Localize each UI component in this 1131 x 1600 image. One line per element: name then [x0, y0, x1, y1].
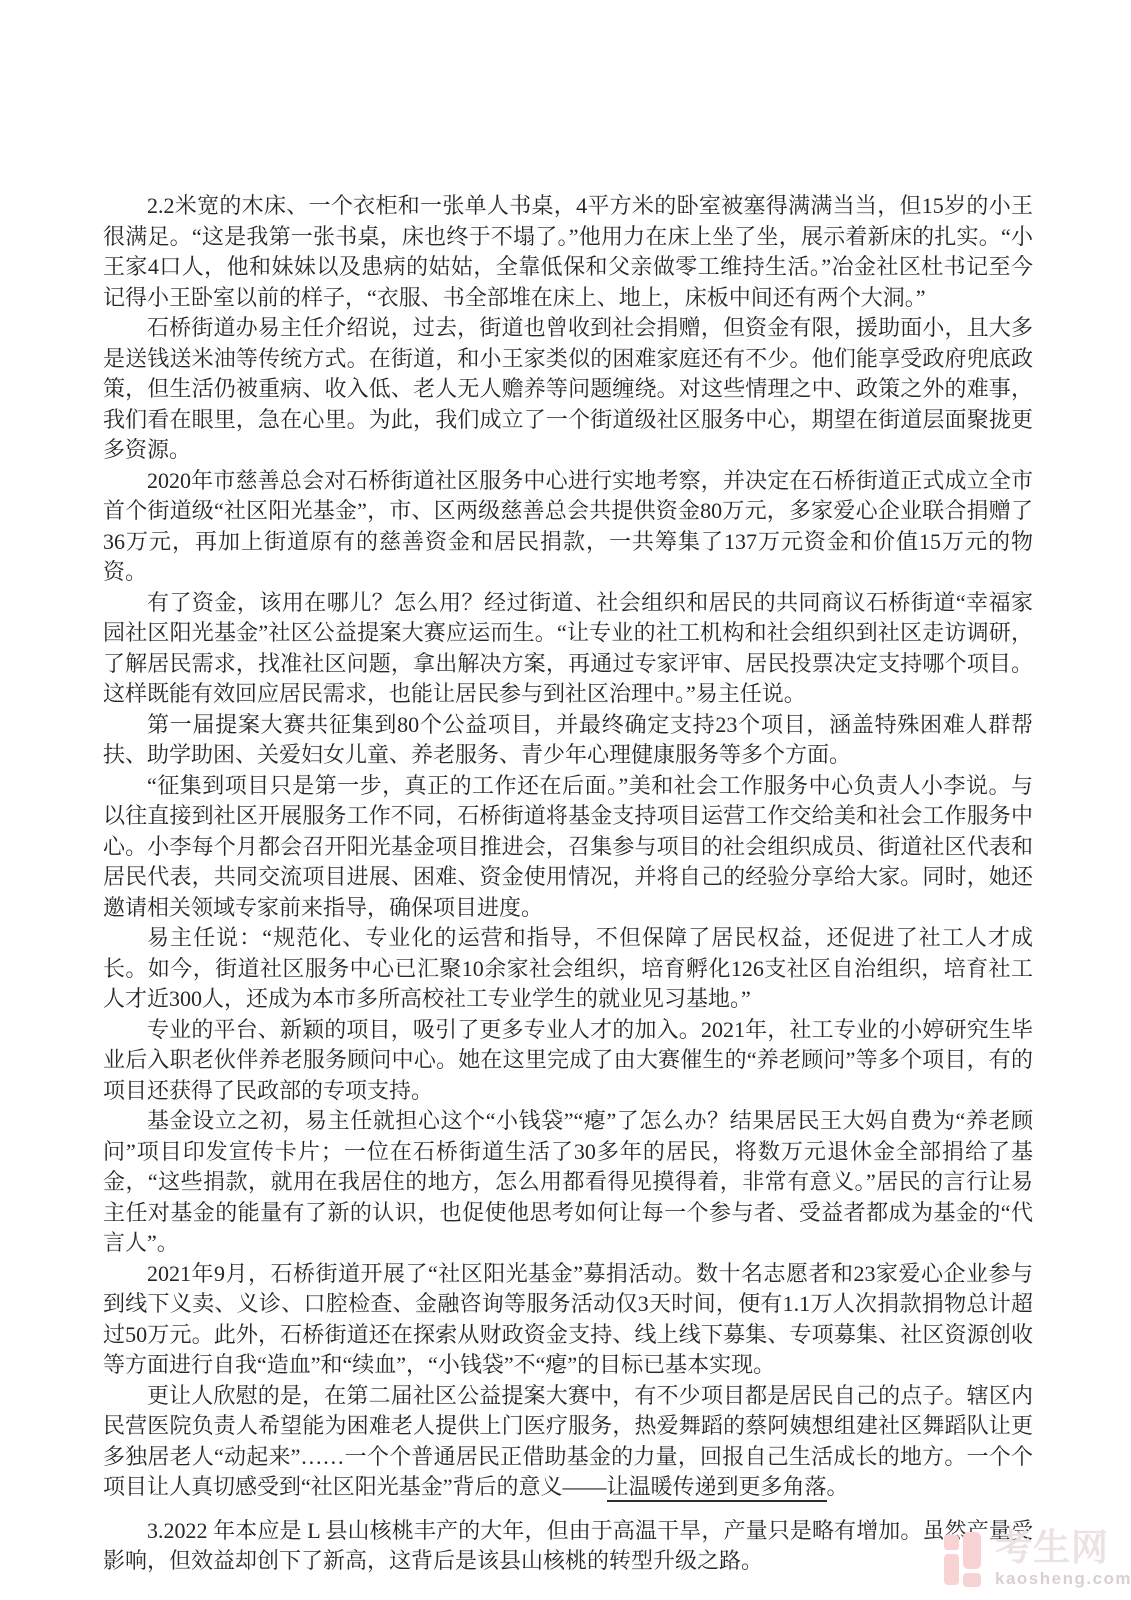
logo-block-bottom-left: [944, 1554, 959, 1585]
text-segment: 2.2米宽的木床、一个衣柜和一张单人书桌，4平方米的卧室被塞得满满当当，但15岁…: [103, 193, 1033, 310]
paragraph: 更让人欣慰的是，在第二届社区公益提案大赛中，有不少项目都是居民自己的点子。辖区内…: [103, 1381, 1033, 1503]
text-segment: 有了资金，该用在哪儿？怎么用？经过街道、社会组织和居民的共同商议石桥街道“幸福家…: [103, 590, 1033, 707]
text-segment: 3.2022 年本应是 L 县山核桃丰产的大年，但由于高温干旱，产量只是略有增加…: [103, 1518, 1033, 1574]
logo-block-top-right: [963, 1532, 981, 1569]
text-segment: 易主任说：“规范化、专业化的运营和指导，不但保障了居民权益，还促进了社工人才成长…: [103, 925, 1033, 1011]
text-segment: 更让人欣慰的是，在第二届社区公益提案大赛中，有不少项目都是居民自己的点子。辖区内…: [103, 1383, 1033, 1500]
paragraph: 基金设立之初，易主任就担心这个“小钱袋”“瘪”了怎么办？结果居民王大妈自费为“养…: [103, 1106, 1033, 1259]
paragraph: 石桥街道办易主任介绍说，过去，街道也曾收到社会捐赠，但资金有限，援助面小，且大多…: [103, 313, 1033, 466]
watermark-brand-text: 考生网: [995, 1532, 1131, 1566]
text-segment: 。: [827, 1474, 849, 1499]
paragraph: 3.2022 年本应是 L 县山核桃丰产的大年，但由于高温干旱，产量只是略有增加…: [103, 1516, 1033, 1577]
document-page: 2.2米宽的木床、一个衣柜和一张单人书桌，4平方米的卧室被塞得满满当当，但15岁…: [0, 0, 1131, 1600]
paragraph: 易主任说：“规范化、专业化的运营和指导，不但保障了居民权益，还促进了社工人才成长…: [103, 923, 1033, 1015]
logo-block-bottom-right: [963, 1573, 981, 1587]
text-segment: 2020年市慈善总会对石桥街道社区服务中心进行实地考察，并决定在石桥街道正式成立…: [103, 468, 1033, 585]
paragraph: 2.2米宽的木床、一个衣柜和一张单人书桌，4平方米的卧室被塞得满满当当，但15岁…: [103, 191, 1033, 313]
kaosheng-logo-icon: [944, 1532, 982, 1590]
paragraph: 2021年9月，石桥街道开展了“社区阳光基金”募捐活动。数十名志愿者和23家爱心…: [103, 1259, 1033, 1381]
paragraph: 第一届提案大赛共征集到80个公益项目，并最终确定支持23个项目，涵盖特殊困难人群…: [103, 710, 1033, 771]
logo-block-top-left: [944, 1535, 959, 1550]
paragraph: “征集到项目只是第一步，真正的工作还在后面。”美和社会工作服务中心负责人小李说。…: [103, 771, 1033, 924]
text-segment: 专业的平台、新颖的项目，吸引了更多专业人才的加入。2021年，社工专业的小婷研究…: [103, 1017, 1033, 1103]
text-segment: 石桥街道办易主任介绍说，过去，街道也曾收到社会捐赠，但资金有限，援助面小，且大多…: [103, 315, 1033, 462]
text-segment: 基金设立之初，易主任就担心这个“小钱袋”“瘪”了怎么办？结果居民王大妈自费为“养…: [103, 1108, 1033, 1255]
text-segment: 第一届提案大赛共征集到80个公益项目，并最终确定支持23个项目，涵盖特殊困难人群…: [103, 712, 1033, 768]
paragraph: 有了资金，该用在哪儿？怎么用？经过街道、社会组织和居民的共同商议石桥街道“幸福家…: [103, 588, 1033, 710]
watermark-domain-text: kaosheng.com: [995, 1569, 1131, 1589]
paragraph: 专业的平台、新颖的项目，吸引了更多专业人才的加入。2021年，社工专业的小婷研究…: [103, 1015, 1033, 1107]
document-body: 2.2米宽的木床、一个衣柜和一张单人书桌，4平方米的卧室被塞得满满当当，但15岁…: [103, 191, 1033, 1577]
paragraph: 2020年市慈善总会对石桥街道社区服务中心进行实地考察，并决定在石桥街道正式成立…: [103, 466, 1033, 588]
watermark-text-group: 考生网 kaosheng.com: [995, 1532, 1131, 1589]
kaosheng-watermark: 考生网 kaosheng.com: [944, 1532, 1131, 1590]
text-segment: 2021年9月，石桥街道开展了“社区阳光基金”募捐活动。数十名志愿者和23家爱心…: [103, 1261, 1033, 1378]
text-segment: “征集到项目只是第一步，真正的工作还在后面。”美和社会工作服务中心负责人小李说。…: [103, 773, 1033, 920]
underlined-phrase: 让温暖传递到更多角落: [607, 1474, 827, 1502]
